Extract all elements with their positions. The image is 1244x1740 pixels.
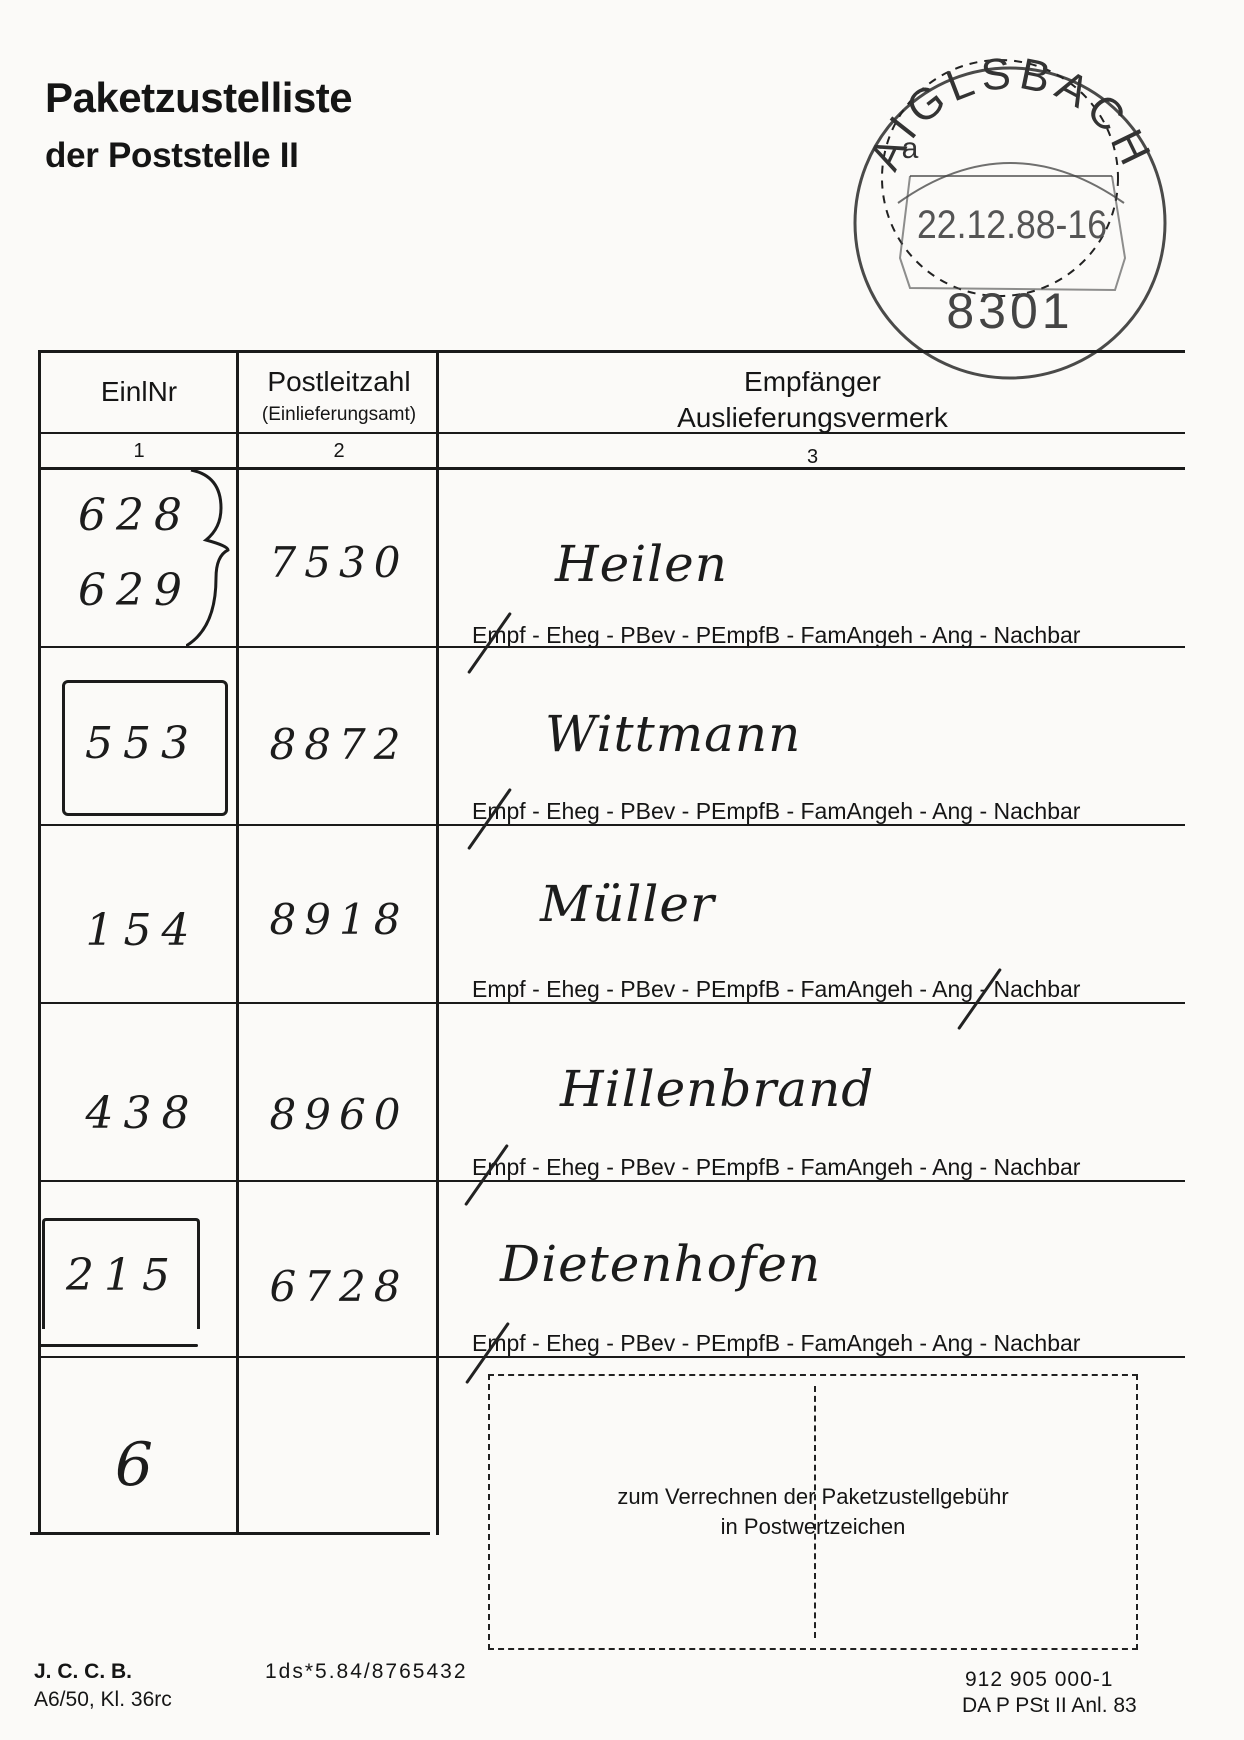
postmark-letter: a — [902, 132, 919, 165]
delivery-note-options: Empf - Eheg - PBev - PEmpfB - FamAngeh -… — [472, 798, 1080, 825]
underline-mark — [38, 1344, 198, 1347]
postmark-postcode: 8301 — [946, 283, 1073, 339]
plz-value: 8872 — [240, 720, 438, 769]
recipient-signature: Dietenhofen — [500, 1235, 821, 1293]
recipient-signature: Müller — [540, 875, 715, 933]
fee-box-text-line2: in Postwertzeichen — [490, 1514, 1136, 1540]
bracket-mark — [186, 468, 236, 648]
plz-value: 7530 — [240, 538, 438, 587]
delivery-note-options: Empf - Eheg - PBev - PEmpfB - FamAngeh -… — [472, 622, 1080, 649]
einl-nr-value: 553 — [62, 718, 222, 769]
header-auslieferungsvermerk: Auslieferungsvermerk — [440, 402, 1185, 434]
recipient-signature: Wittmann — [545, 705, 801, 763]
column-number-3: 3 — [440, 446, 1185, 469]
delivery-note-options: Empf - Eheg - PBev - PEmpfB - FamAngeh -… — [472, 976, 1080, 1003]
column-number-1: 1 — [40, 440, 238, 463]
header-einlnr: EinlNr — [40, 376, 238, 408]
fee-stamp-area: zum Verrechnen der Paketzustellgebühr in… — [488, 1374, 1138, 1650]
recipient-signature: Heilen — [555, 535, 728, 593]
einl-nr-value: 215 — [48, 1250, 198, 1301]
footer-print-code: 1ds*5.84/8765432 — [265, 1660, 468, 1684]
einl-nr-value: 6 — [40, 1430, 238, 1500]
header-postleitzahl-sub: (Einlieferungsamt) — [240, 404, 438, 426]
postmark-date: 22.12.88-16 — [917, 203, 1107, 247]
delivery-note-options: Empf - Eheg - PBev - PEmpfB - FamAngeh -… — [472, 1154, 1080, 1181]
form-subtitle: der Poststelle II — [45, 136, 299, 176]
plz-value: 8960 — [240, 1090, 438, 1139]
form-title: Paketzustelliste — [45, 74, 352, 122]
einl-nr-value: 154 — [55, 905, 230, 956]
plz-value: 8918 — [240, 895, 438, 944]
footer-reference: DA P PSt II Anl. 83 — [962, 1694, 1137, 1718]
plz-value: 6728 — [240, 1262, 438, 1311]
recipient-signature: Hillenbrand — [560, 1060, 874, 1118]
header-postleitzahl: Postleitzahl — [240, 366, 438, 398]
footer-publisher: J. C. C. B. — [34, 1660, 132, 1684]
header-empfaenger: Empfänger — [440, 366, 1185, 398]
delivery-note-options: Empf - Eheg - PBev - PEmpfB - FamAngeh -… — [472, 1330, 1080, 1357]
fee-box-divider — [814, 1386, 816, 1638]
column-number-2: 2 — [240, 440, 438, 463]
einl-nr-value: 438 — [55, 1088, 230, 1139]
footer-format: A6/50, Kl. 36rc — [34, 1688, 172, 1712]
footer-form-number: 912 905 000-1 — [965, 1668, 1113, 1692]
fee-box-text-line1: zum Verrechnen der Paketzustellgebühr — [490, 1484, 1136, 1510]
